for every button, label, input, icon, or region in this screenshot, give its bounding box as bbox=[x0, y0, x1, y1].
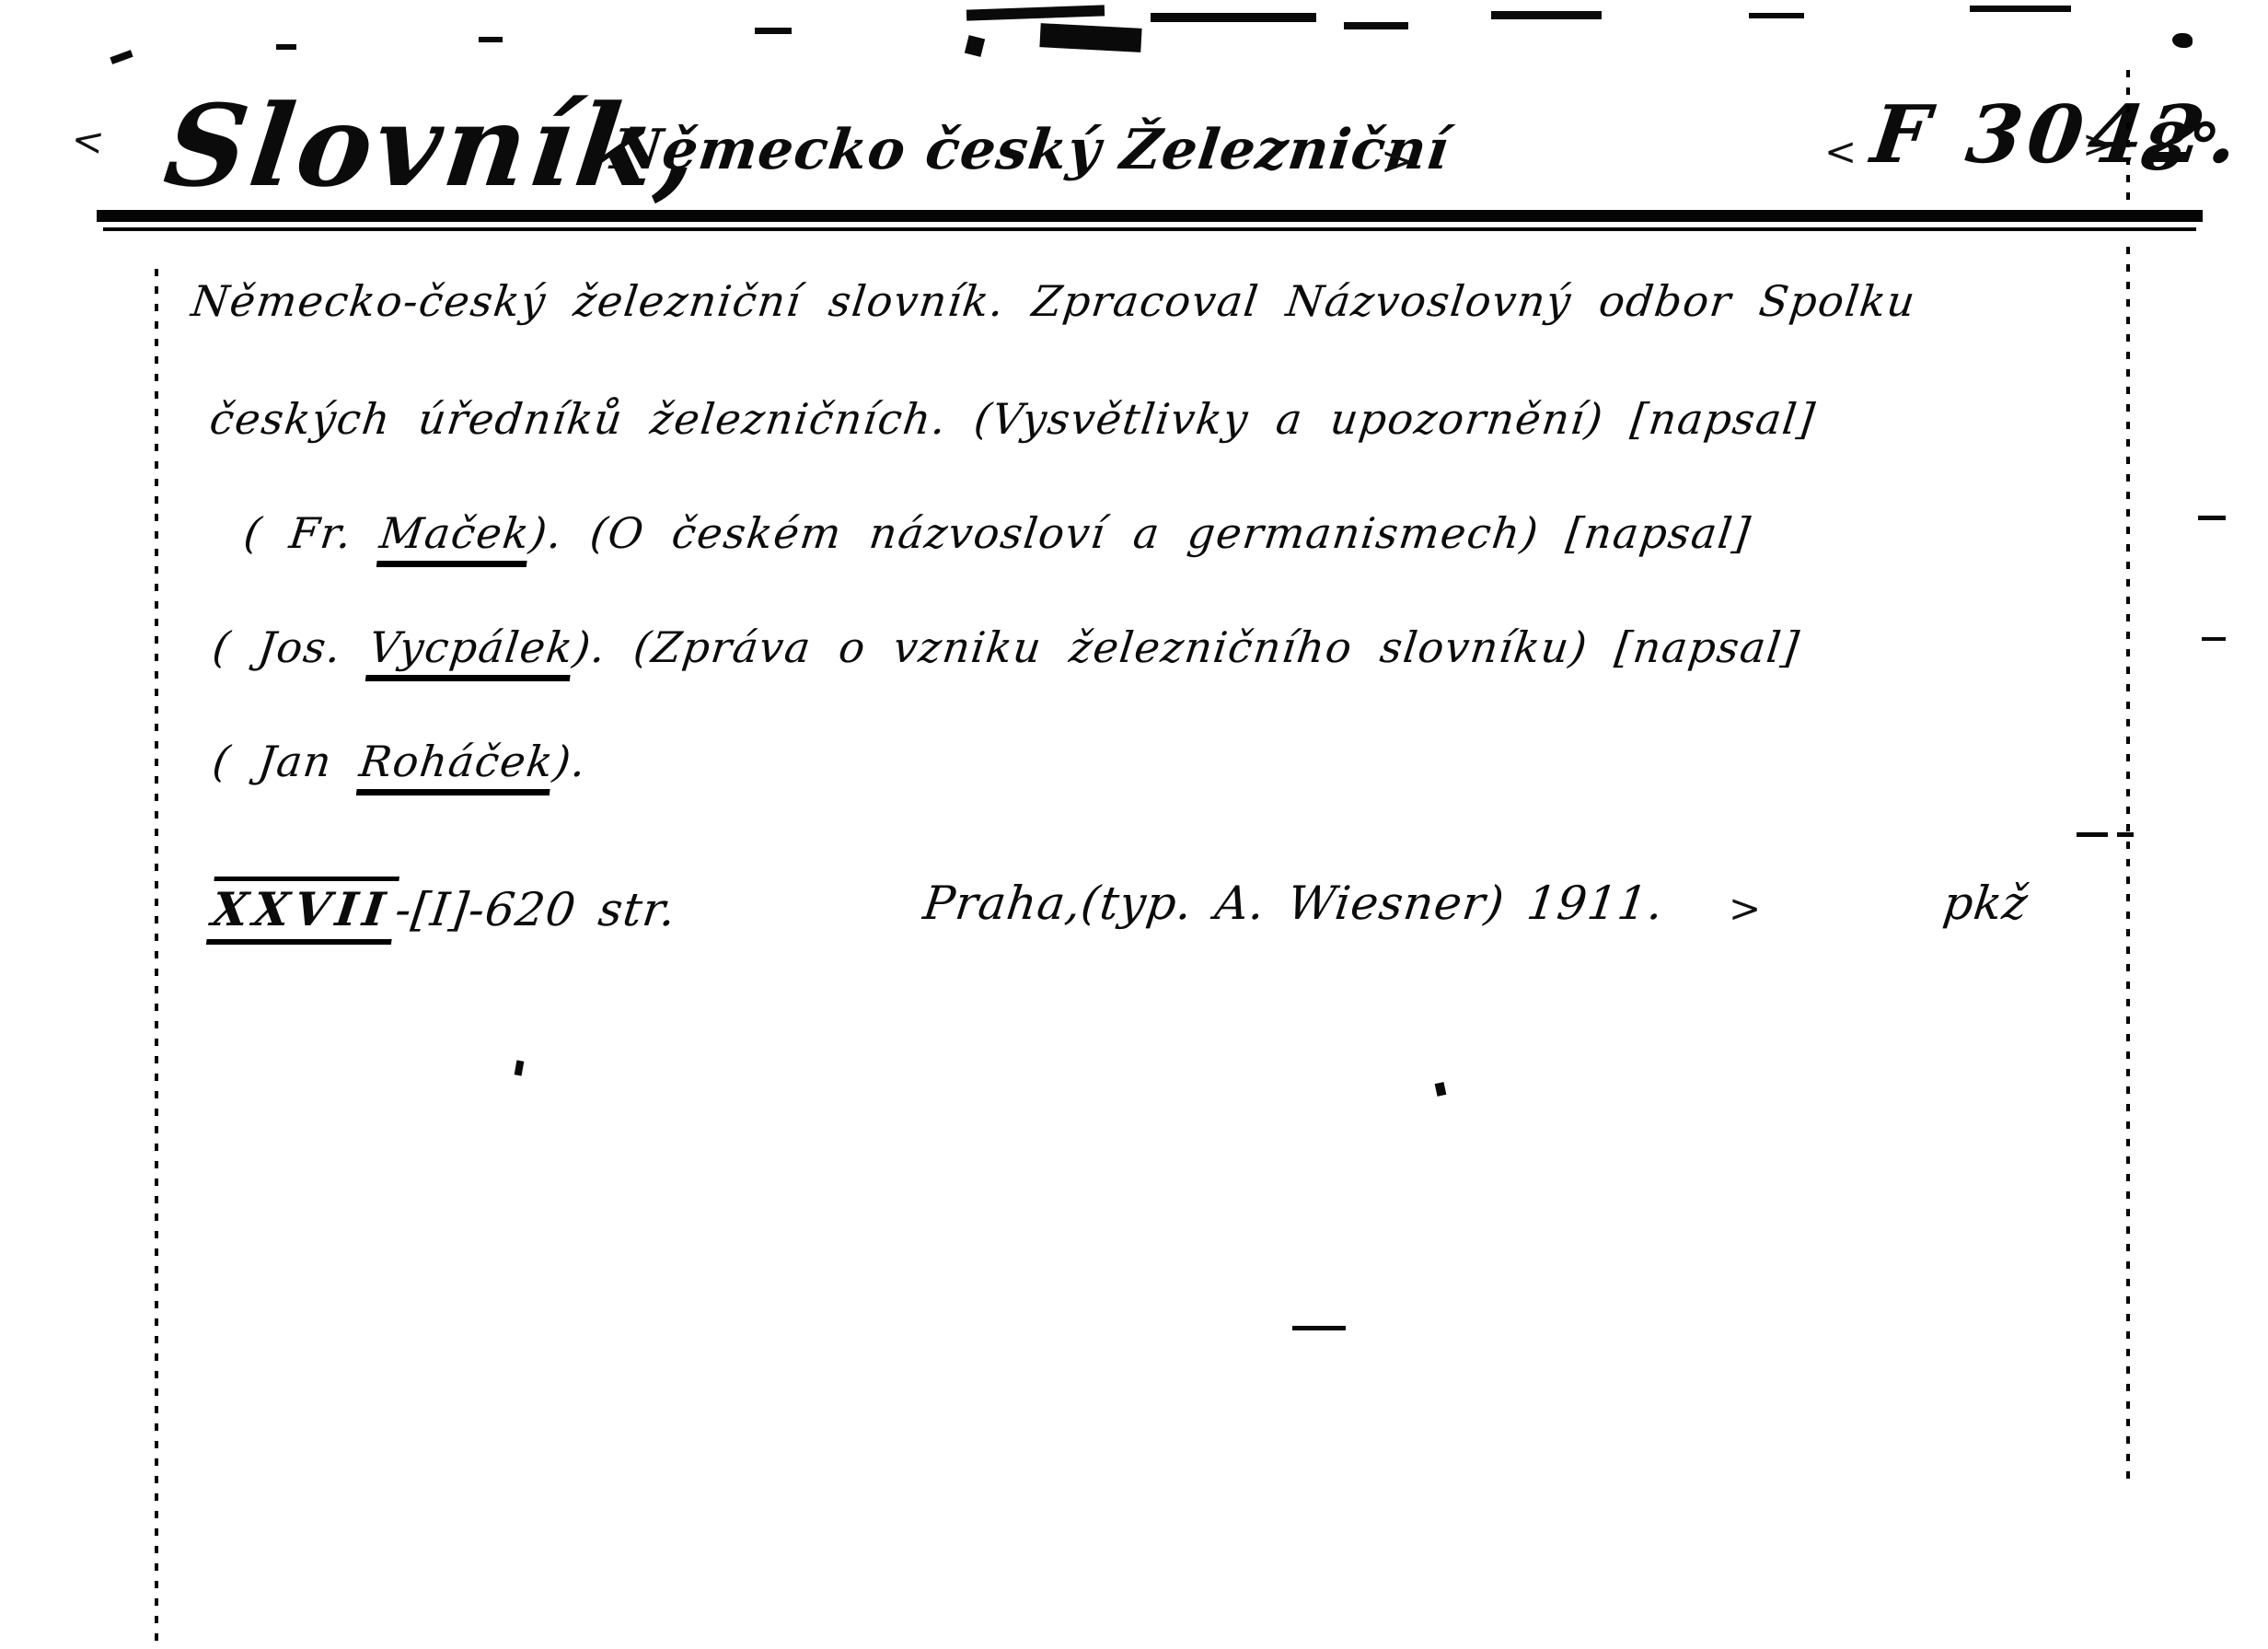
card-heading-qualifier: Německo český Železniční bbox=[607, 118, 1452, 182]
header-rule-thin bbox=[103, 227, 2196, 231]
collation-statement: XXVII-[I]-620 str. bbox=[207, 882, 679, 936]
scan-artifact bbox=[1749, 13, 1804, 18]
scan-artifact bbox=[479, 37, 503, 42]
left-margin-dotted-line bbox=[155, 269, 158, 1641]
description-line-4: ( Jos. Vycpálek). (Zpráva o vzniku želez… bbox=[210, 622, 1803, 672]
call-number-close-mark: > bbox=[2082, 122, 2114, 167]
heading-angle-mark: > bbox=[1381, 138, 1413, 183]
scan-artifact bbox=[1491, 11, 1602, 19]
author-name-vycpalek: Vycpálek bbox=[365, 622, 577, 681]
scan-artifact bbox=[966, 5, 1105, 20]
scan-artifact bbox=[515, 1060, 525, 1075]
scan-artifact bbox=[1292, 1326, 1346, 1330]
scan-artifact bbox=[1435, 1082, 1447, 1097]
catalog-card-scan: { "header": { "left_mark": "<", "title":… bbox=[0, 0, 2268, 1649]
cataloguer-initials: pkž bbox=[1940, 877, 2031, 930]
format-designation: 8° bbox=[2137, 109, 2224, 185]
description-line-5: ( Jan Roháček). bbox=[210, 737, 590, 786]
description-line-2: českých úředníků železničních. (Vysvětli… bbox=[207, 394, 1819, 444]
header-rule-thick bbox=[97, 210, 2203, 222]
scan-artifact bbox=[965, 35, 985, 57]
imprint-angle-mark: > bbox=[1729, 886, 1761, 931]
description-line-1: Německo-český železniční slovník. Zpraco… bbox=[189, 276, 1919, 326]
line5-prefix: ( Jan bbox=[210, 737, 363, 786]
author-name-rohacek: Roháček bbox=[355, 737, 557, 795]
scan-artifact bbox=[755, 28, 792, 34]
line3-suffix: ). (O českém názvosloví a germanismech) … bbox=[527, 508, 1754, 558]
imprint-statement: Praha,(typ. A. Wiesner) 1911. bbox=[920, 877, 1667, 930]
line3-prefix: ( Fr. bbox=[241, 508, 383, 558]
line5-suffix: ). bbox=[550, 737, 589, 786]
call-number-open-mark: < bbox=[1824, 129, 1857, 174]
collation-roman-numeral: XXVII bbox=[206, 877, 399, 945]
author-name-macek: Maček bbox=[376, 508, 533, 567]
description-line-3: ( Fr. Maček). (O českém názvosloví a ger… bbox=[241, 508, 1754, 558]
scan-artifact bbox=[1039, 23, 1141, 52]
right-margin-dotted-line-body bbox=[2126, 247, 2130, 1485]
scan-artifact bbox=[1151, 13, 1316, 22]
scan-artifact bbox=[2172, 33, 2193, 48]
scan-artifact bbox=[1344, 22, 1408, 29]
scan-artifact bbox=[2117, 832, 2134, 837]
scan-artifact bbox=[2198, 516, 2226, 520]
scan-artifact bbox=[276, 44, 296, 50]
scan-artifact bbox=[2202, 637, 2226, 641]
scan-artifact bbox=[2077, 832, 2108, 837]
margin-angle-mark-left: < bbox=[69, 116, 108, 165]
scan-artifact bbox=[1970, 6, 2071, 12]
scan-artifact bbox=[110, 50, 133, 64]
collation-pages: -[I]-620 str. bbox=[392, 883, 679, 936]
line4-prefix: ( Jos. bbox=[210, 622, 373, 672]
line4-suffix: ). (Zpráva o vzniku železničního slovník… bbox=[571, 622, 1803, 672]
right-margin-dotted-line-header bbox=[2126, 70, 2130, 201]
